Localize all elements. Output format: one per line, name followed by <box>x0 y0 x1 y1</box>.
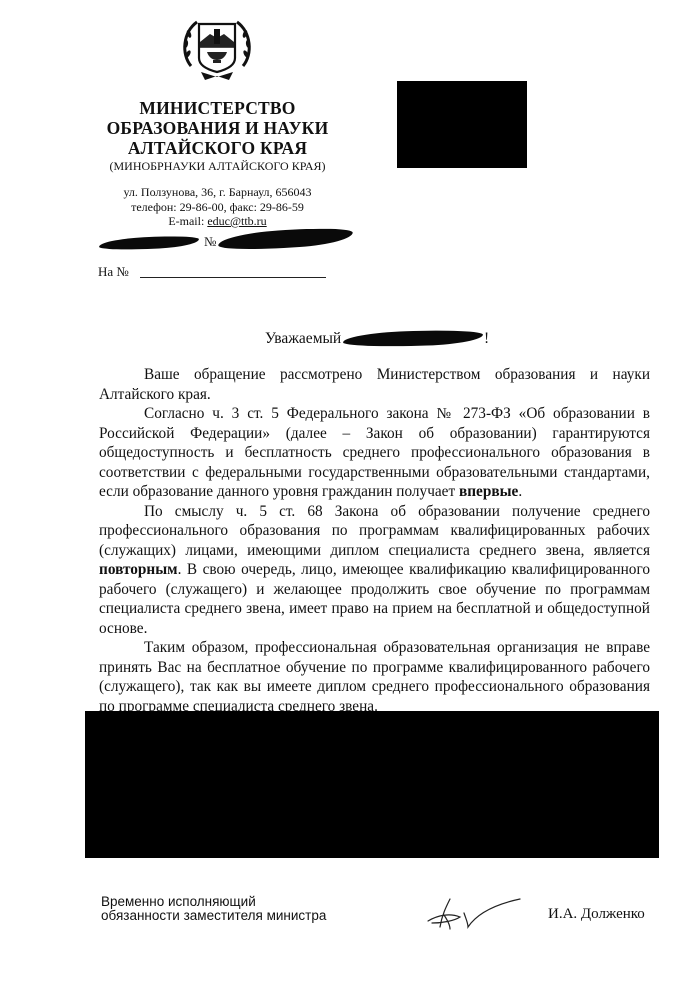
paragraph-1: Ваше обращение рассмотрено Министерством… <box>99 365 650 404</box>
paragraph-3-end: . В свою очередь, лицо, имеющее квалифик… <box>99 561 650 637</box>
signatory-name: И.А. Долженко <box>548 906 645 923</box>
paragraph-2-text: Согласно ч. 3 ст. 5 Федерального закона … <box>99 405 650 500</box>
signatory-title-line-2: обязанности заместителя министра <box>101 909 326 923</box>
reg-number-sign: № <box>204 234 216 250</box>
coat-of-arms-icon <box>177 14 257 84</box>
redacted-recipient-name <box>343 329 483 349</box>
ministry-name: МИНИСТЕРСТВО ОБРАЗОВАНИЯ И НАУКИ АЛТАЙСК… <box>95 98 340 158</box>
greeting-suffix: ! <box>484 330 489 348</box>
phone-fax: телефон: 29-86-00, факс: 29-86-59 <box>95 200 340 215</box>
ministry-short-name: (МИНОБРНАУКИ АЛТАЙСКОГО КРАЯ) <box>95 159 340 173</box>
paragraph-4: Таким образом, профессиональная образова… <box>99 638 650 716</box>
redacted-date <box>99 234 199 251</box>
ministry-name-line-1: МИНИСТЕРСТВО <box>95 98 340 118</box>
address: ул. Ползунова, 36, г. Барнаул, 656043 <box>95 185 340 200</box>
emphasis-first-time: впервые <box>459 483 518 500</box>
paragraph-3: По смыслу ч. 5 ст. 68 Закона об образова… <box>99 502 650 639</box>
paragraph-3-text: По смыслу ч. 5 ст. 68 Закона об образова… <box>99 503 650 559</box>
paragraph-2: Согласно ч. 3 ст. 5 Федерального закона … <box>99 404 650 502</box>
redacted-recipient-block <box>397 81 527 168</box>
signatory-title: Временно исполняющий обязанности замести… <box>101 895 326 923</box>
redacted-reg-number <box>218 225 354 252</box>
email-line: E-mail: educ@ttb.ru <box>95 214 340 229</box>
handwritten-signature-icon <box>420 893 535 933</box>
ministry-name-line-2: ОБРАЗОВАНИЯ И НАУКИ <box>95 118 340 138</box>
greeting-prefix: Уважаемый <box>265 330 341 348</box>
letter-body: Ваше обращение рассмотрено Министерством… <box>99 365 650 716</box>
reply-to-blank-line <box>140 277 326 278</box>
signatory-title-line-1: Временно исполняющий <box>101 895 326 909</box>
emphasis-repeated: повторным <box>99 561 178 578</box>
reply-to-label: На № <box>98 264 129 280</box>
ministry-name-line-3: АЛТАЙСКОГО КРАЯ <box>95 138 340 158</box>
contact-info: ул. Ползунова, 36, г. Барнаул, 656043 те… <box>95 185 340 229</box>
email-label: E-mail: <box>168 214 207 228</box>
paragraph-2-end: . <box>518 483 522 500</box>
redacted-body-continuation <box>85 711 659 858</box>
email-link[interactable]: educ@ttb.ru <box>207 214 266 228</box>
